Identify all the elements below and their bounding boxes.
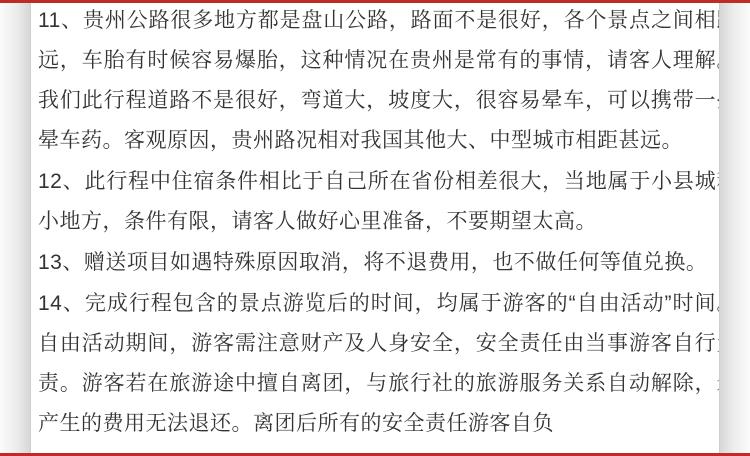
notice-item-14: 14、完成行程包含的景点游览后的时间，均属于游客的“自由活动”时间。自由活动期间…: [38, 284, 738, 444]
notice-page: 11、贵州公路很多地方都是盘山公路，路面不是很好，各个景点之间相距远，车胎有时候…: [0, 0, 750, 456]
top-divider-line: [0, 0, 750, 3]
notice-item-12: 12、此行程中住宿条件相比于自己所在省份相差很大，当地属于小县城和小地方，条件有…: [38, 162, 738, 242]
notice-text-block: 11、贵州公路很多地方都是盘山公路，路面不是很好，各个景点之间相距远，车胎有时候…: [0, 0, 750, 445]
notice-item-13: 13、赠送项目如遇特殊原因取消，将不退费用，也不做任何等值兑换。: [38, 243, 738, 283]
notice-item-11: 11、贵州公路很多地方都是盘山公路，路面不是很好，各个景点之间相距远，车胎有时候…: [38, 1, 738, 161]
